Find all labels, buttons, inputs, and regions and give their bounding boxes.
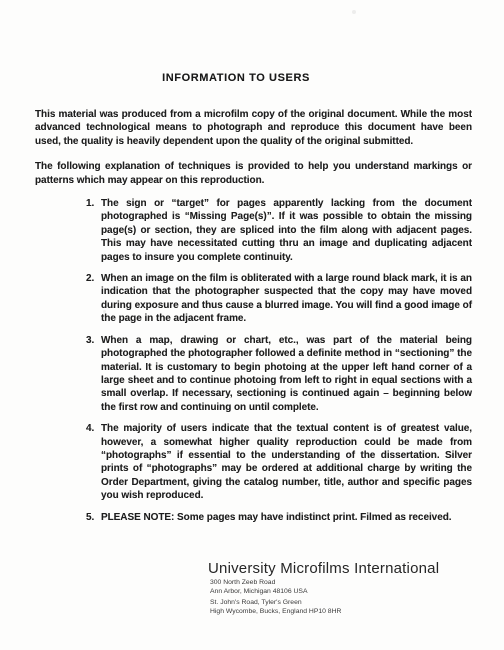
publisher-address-us: 300 North Zeeb Road Ann Arbor, Michigan … — [210, 579, 439, 596]
publisher-name: University Microfilms International — [208, 560, 439, 577]
list-item: 1. The sign or “target” for pages appare… — [86, 197, 472, 264]
list-item-number: 4. — [86, 422, 101, 502]
explanation-list: 1. The sign or “target” for pages appare… — [35, 197, 472, 524]
address-line: Ann Arbor, Michigan 48106 USA — [210, 588, 439, 597]
list-item-number: 2. — [86, 272, 101, 326]
page-title: INFORMATION TO USERS — [0, 72, 472, 84]
publisher-address-uk: St. John's Road, Tyler's Green High Wyco… — [210, 599, 439, 616]
address-line: High Wycombe, Bucks, England HP10 8HR — [210, 608, 439, 617]
intro-paragraph-1: This material was produced from a microf… — [35, 108, 472, 148]
document-body: This material was produced from a microf… — [35, 108, 472, 532]
scan-speck — [103, 310, 106, 313]
list-item: 4. The majority of users indicate that t… — [86, 422, 472, 502]
scan-speck — [352, 10, 356, 14]
list-item: 2. When an image on the film is oblitera… — [86, 272, 472, 326]
list-item-text: PLEASE NOTE: Some pages may have indisti… — [101, 511, 472, 524]
list-item-number: 1. — [86, 197, 101, 264]
list-item: 5. PLEASE NOTE: Some pages may have indi… — [86, 511, 472, 524]
publisher-block: University Microfilms International 300 … — [208, 560, 439, 619]
list-item-text: The majority of users indicate that the … — [101, 422, 472, 502]
list-item-number: 5. — [86, 511, 101, 524]
list-item: 3. When a map, drawing or chart, etc., w… — [86, 334, 472, 414]
list-item-text: The sign or “target” for pages apparentl… — [101, 197, 472, 264]
list-item-number: 3. — [86, 334, 101, 414]
list-item-text: When an image on the film is obliterated… — [101, 272, 472, 326]
address-line: St. John's Road, Tyler's Green — [210, 599, 439, 608]
scanned-document-page: INFORMATION TO USERS This material was p… — [0, 0, 504, 650]
address-line: 300 North Zeeb Road — [210, 579, 439, 588]
list-item-text: When a map, drawing or chart, etc., was … — [101, 334, 472, 414]
intro-paragraph-2: The following explanation of techniques … — [35, 160, 472, 187]
